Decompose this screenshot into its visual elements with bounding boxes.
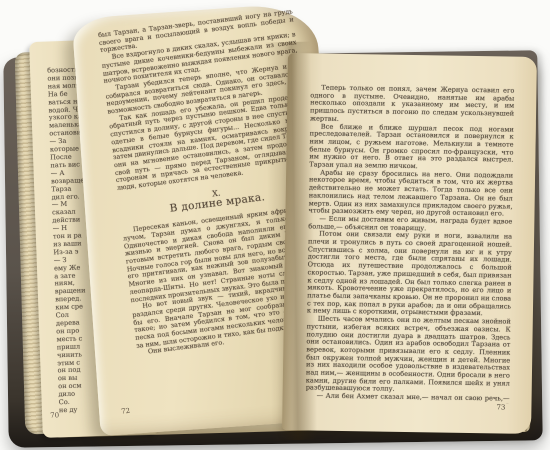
page-paragraph: Шесть часов мчались они по желтым пескам… — [306, 315, 511, 395]
right-page-73: Теперь только он понял, зачем Жернуа ост… — [282, 53, 537, 434]
page-paragraph: Теперь только он понял, зачем Жернуа ост… — [310, 84, 515, 126]
page-paragraph: Арабы не сразу бросились на него. Они по… — [308, 169, 513, 218]
page-paragraph: Все ближе и ближе шуршал песок под ногам… — [309, 123, 514, 172]
page-number-72: 72 — [121, 407, 131, 416]
book-photo: бозность Л они позво ная молча На бе ват… — [0, 0, 550, 450]
page-number-73: 73 — [496, 403, 505, 411]
page-number-70: 70 — [50, 411, 59, 419]
page-paragraph: — Али бен Ахмет сказал мне,— начал он св… — [306, 393, 510, 404]
page-73-text-block: Теперь только он понял, зачем Жернуа ост… — [306, 84, 515, 403]
page-paragraph: Потом они связали ему руки и ноги, взвал… — [307, 231, 512, 319]
